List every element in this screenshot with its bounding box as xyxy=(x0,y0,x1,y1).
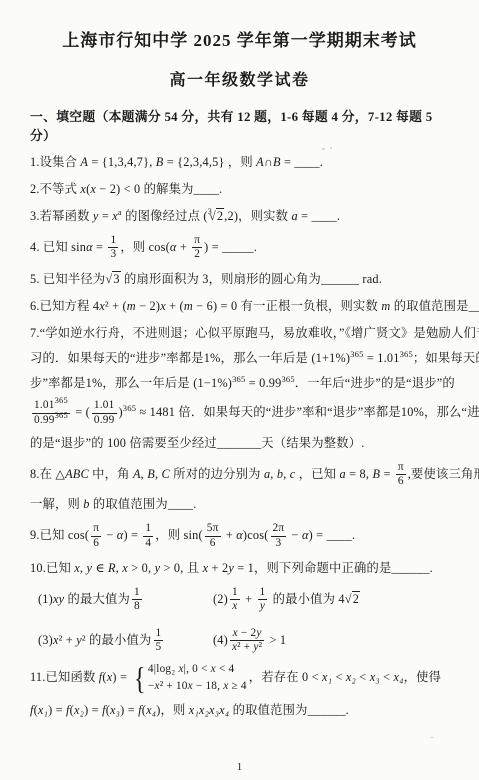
question-8-line-1: 8.在 △ABC 中，角 A, B, C 所对的边分别为 a, b, c ，已知… xyxy=(30,461,449,489)
math-variable: x xyxy=(232,600,237,612)
math-variable: x₂ xyxy=(74,703,84,717)
math-variable: x₁ xyxy=(322,670,332,684)
math-variable: m xyxy=(184,299,193,313)
question-11-line-2: f(x₁) = f(x₂) = f(x₃) = f(x₄)，则 x₁x₂x₃x₄… xyxy=(30,701,449,719)
math-variable: α xyxy=(117,528,124,542)
math-fraction: 18 xyxy=(132,586,142,614)
math-variable: B xyxy=(147,467,155,481)
question-7-line-1: 7.“学如逆水行舟，不进则退；心似平原跑马，易放难收，”《增广贤文》是勉励人们专… xyxy=(30,324,449,342)
math-fraction: π6 xyxy=(396,461,406,489)
question-7-line-5: 的是“退步”的 100 倍需要至少经过_______天（结果为整数）. xyxy=(30,434,449,452)
question-5: 5. 已知半径为√3 的扇形面积为 3，则扇形的圆心角为______ rad. xyxy=(30,270,449,288)
math-fraction: x − 2yx² + y² xyxy=(230,627,264,655)
question-4: 4. 已知 sinα = 13，则 cos(α + π2) = _____. xyxy=(30,234,449,262)
question-7-line-2: 习的．如果每天的“进步”率都是1%，那么一年后是 (1+1%)365 = 1.0… xyxy=(30,349,449,367)
superscript: 365 xyxy=(55,410,68,420)
math-fraction: 1y xyxy=(258,586,268,614)
question-7-line-4: 1.013650.99365 = (1.010.99)365 ≈ 1481 倍．… xyxy=(30,399,449,427)
math-variable: f xyxy=(30,703,34,717)
q10-option-2: (2)1x + 1y 的最小值为 4√2 xyxy=(213,586,449,614)
math-variable: y xyxy=(155,561,161,575)
question-10: 10.已知 x, y ∈ R, x > 0, y > 0, 且 x + 2y =… xyxy=(30,559,449,577)
math-variable: x xyxy=(80,182,86,196)
math-variable: b xyxy=(277,467,283,481)
math-variable: m xyxy=(127,299,136,313)
math-variable: y xyxy=(93,209,99,223)
math-variable: x xyxy=(223,680,228,692)
math-variable: x xyxy=(107,670,113,684)
math-variable: α xyxy=(302,528,309,542)
math-variable: x₃ xyxy=(370,670,380,684)
math-piecewise: {4|log₂ x|, 0 < x < 4−x² + 10x − 18, x ≥… xyxy=(132,661,246,695)
superscript: 365 xyxy=(400,349,413,359)
math-radical: 3√2 xyxy=(208,209,225,223)
math-variable: f xyxy=(102,703,106,717)
math-variable: f xyxy=(99,670,103,684)
math-variable: y xyxy=(253,641,258,653)
math-variable: x₄ xyxy=(146,703,156,717)
question-6: 6.已知方程 4x² + (m − 2)x + (m − 6) = 0 有一正根… xyxy=(30,297,449,315)
superscript: 365 xyxy=(55,395,68,405)
question-3: 3.若幂函数 y = xa 的图像经过点 (3√2,2)，则实数 a = ___… xyxy=(30,207,449,225)
question-10-options: (1)xy 的最大值为18 (2)1x + 1y 的最小值为 4√2 (3)x²… xyxy=(38,586,449,655)
math-variable: x xyxy=(188,680,193,692)
math-variable: m xyxy=(381,299,390,313)
math-variable: x₁ xyxy=(38,703,48,717)
math-variable: b xyxy=(83,497,89,511)
math-fraction: 1.010.99 xyxy=(92,399,117,427)
math-fraction: 14 xyxy=(143,522,153,550)
math-variable: xy xyxy=(53,592,64,606)
math-variable: x xyxy=(233,627,238,639)
math-variable: B xyxy=(273,155,281,169)
math-variable: x₁x₂x₃x₄ xyxy=(189,703,230,717)
math-variable: x₄ xyxy=(394,670,404,684)
scan-artifact xyxy=(262,713,265,715)
math-variable: a xyxy=(340,467,346,481)
math-variable: x₂ xyxy=(346,670,356,684)
question-2: 2.不等式 x(x − 2) < 0 的解集为____. xyxy=(30,180,449,198)
math-variable: y xyxy=(228,561,234,575)
math-variable: a xyxy=(291,209,297,223)
question-1: 1.设集合 A = {1,3,4,7}, B = {2,3,4,5} ，则 A∩… xyxy=(30,153,449,171)
math-variable: y xyxy=(76,633,82,647)
math-variable: x₃ xyxy=(110,703,120,717)
math-variable: B xyxy=(156,155,164,169)
question-11-line-1: 11.已知函数 f(x) = {4|log₂ x|, 0 < x < 4−x² … xyxy=(30,661,449,695)
question-7-line-3: 步”率都是1%，那么一年后是 (1−1%)365 = 0.99365．一年后“进… xyxy=(30,374,449,392)
math-radical: √2 xyxy=(345,591,360,606)
math-variable: x xyxy=(160,299,166,313)
math-radical: √3 xyxy=(105,271,120,286)
exam-subtitle: 高一年级数学试卷 xyxy=(30,67,449,90)
math-variable: ABC xyxy=(65,467,89,481)
math-variable: A xyxy=(133,467,141,481)
math-variable: R xyxy=(108,561,116,575)
math-variable: c xyxy=(290,467,296,481)
superscript: 365 xyxy=(123,403,136,413)
superscript: a xyxy=(118,207,122,217)
math-fraction: 15 xyxy=(154,627,164,655)
math-variable: a xyxy=(264,467,270,481)
scan-artifact xyxy=(322,148,325,150)
math-variable: x xyxy=(74,561,80,575)
math-variable: x xyxy=(122,561,128,575)
q10-option-1: (1)xy 的最大值为18 xyxy=(38,586,213,614)
question-9: 9.已知 cos(π6 − α) = 14，则 sin(5π6 + α)cos(… xyxy=(30,522,449,550)
q10-option-4: (4)x − 2yx² + y² > 1 xyxy=(213,627,449,655)
math-variable: x xyxy=(155,680,160,692)
math-variable: B xyxy=(372,467,380,481)
math-variable: f xyxy=(66,703,70,717)
math-variable: α xyxy=(86,240,93,254)
math-variable: f xyxy=(138,703,142,717)
math-variable: A xyxy=(80,155,88,169)
superscript: 365 xyxy=(350,349,363,359)
math-fraction: 2π3 xyxy=(271,522,287,550)
math-variable: x xyxy=(203,561,209,575)
math-fraction: π2 xyxy=(192,234,202,262)
math-variable: α xyxy=(170,240,177,254)
math-variable: y xyxy=(260,600,265,612)
superscript: 365 xyxy=(281,374,294,384)
math-variable: x xyxy=(178,663,183,675)
math-variable: y xyxy=(256,627,261,639)
scan-artifact xyxy=(430,737,434,738)
superscript: 365 xyxy=(232,374,245,384)
math-variable: x xyxy=(99,299,105,313)
math-variable: C xyxy=(162,467,170,481)
math-variable: α xyxy=(236,528,243,542)
math-variable: x xyxy=(211,663,216,675)
math-fraction: 5π6 xyxy=(205,522,221,550)
math-fraction: π6 xyxy=(91,522,101,550)
exam-page: 上海市行知中学 2025 学年第一学期期末考试 高一年级数学试卷 一、填空题（本… xyxy=(0,0,479,780)
q10-option-3: (3)x² + y² 的最小值为15 xyxy=(38,627,213,655)
section-header: 一、填空题（本题满分 54 分，共有 12 题，1-6 每题 4 分，7-12 … xyxy=(30,106,449,144)
question-8-line-2: 一解，则 b 的取值范围为____. xyxy=(30,495,449,513)
math-variable: x xyxy=(53,633,59,647)
math-fraction: 13 xyxy=(108,234,118,262)
math-fraction: 1x xyxy=(230,586,240,614)
math-variable: x xyxy=(232,641,237,653)
math-variable: x xyxy=(90,182,96,196)
page-number: 1 xyxy=(0,761,479,773)
brace-symbol: { xyxy=(134,663,146,693)
exam-title: 上海市行知中学 2025 学年第一学期期末考试 xyxy=(30,26,449,51)
scan-artifact xyxy=(330,147,332,149)
math-variable: y xyxy=(86,561,92,575)
math-variable: A xyxy=(256,155,264,169)
math-fraction: 1.013650.99365 xyxy=(32,399,70,427)
